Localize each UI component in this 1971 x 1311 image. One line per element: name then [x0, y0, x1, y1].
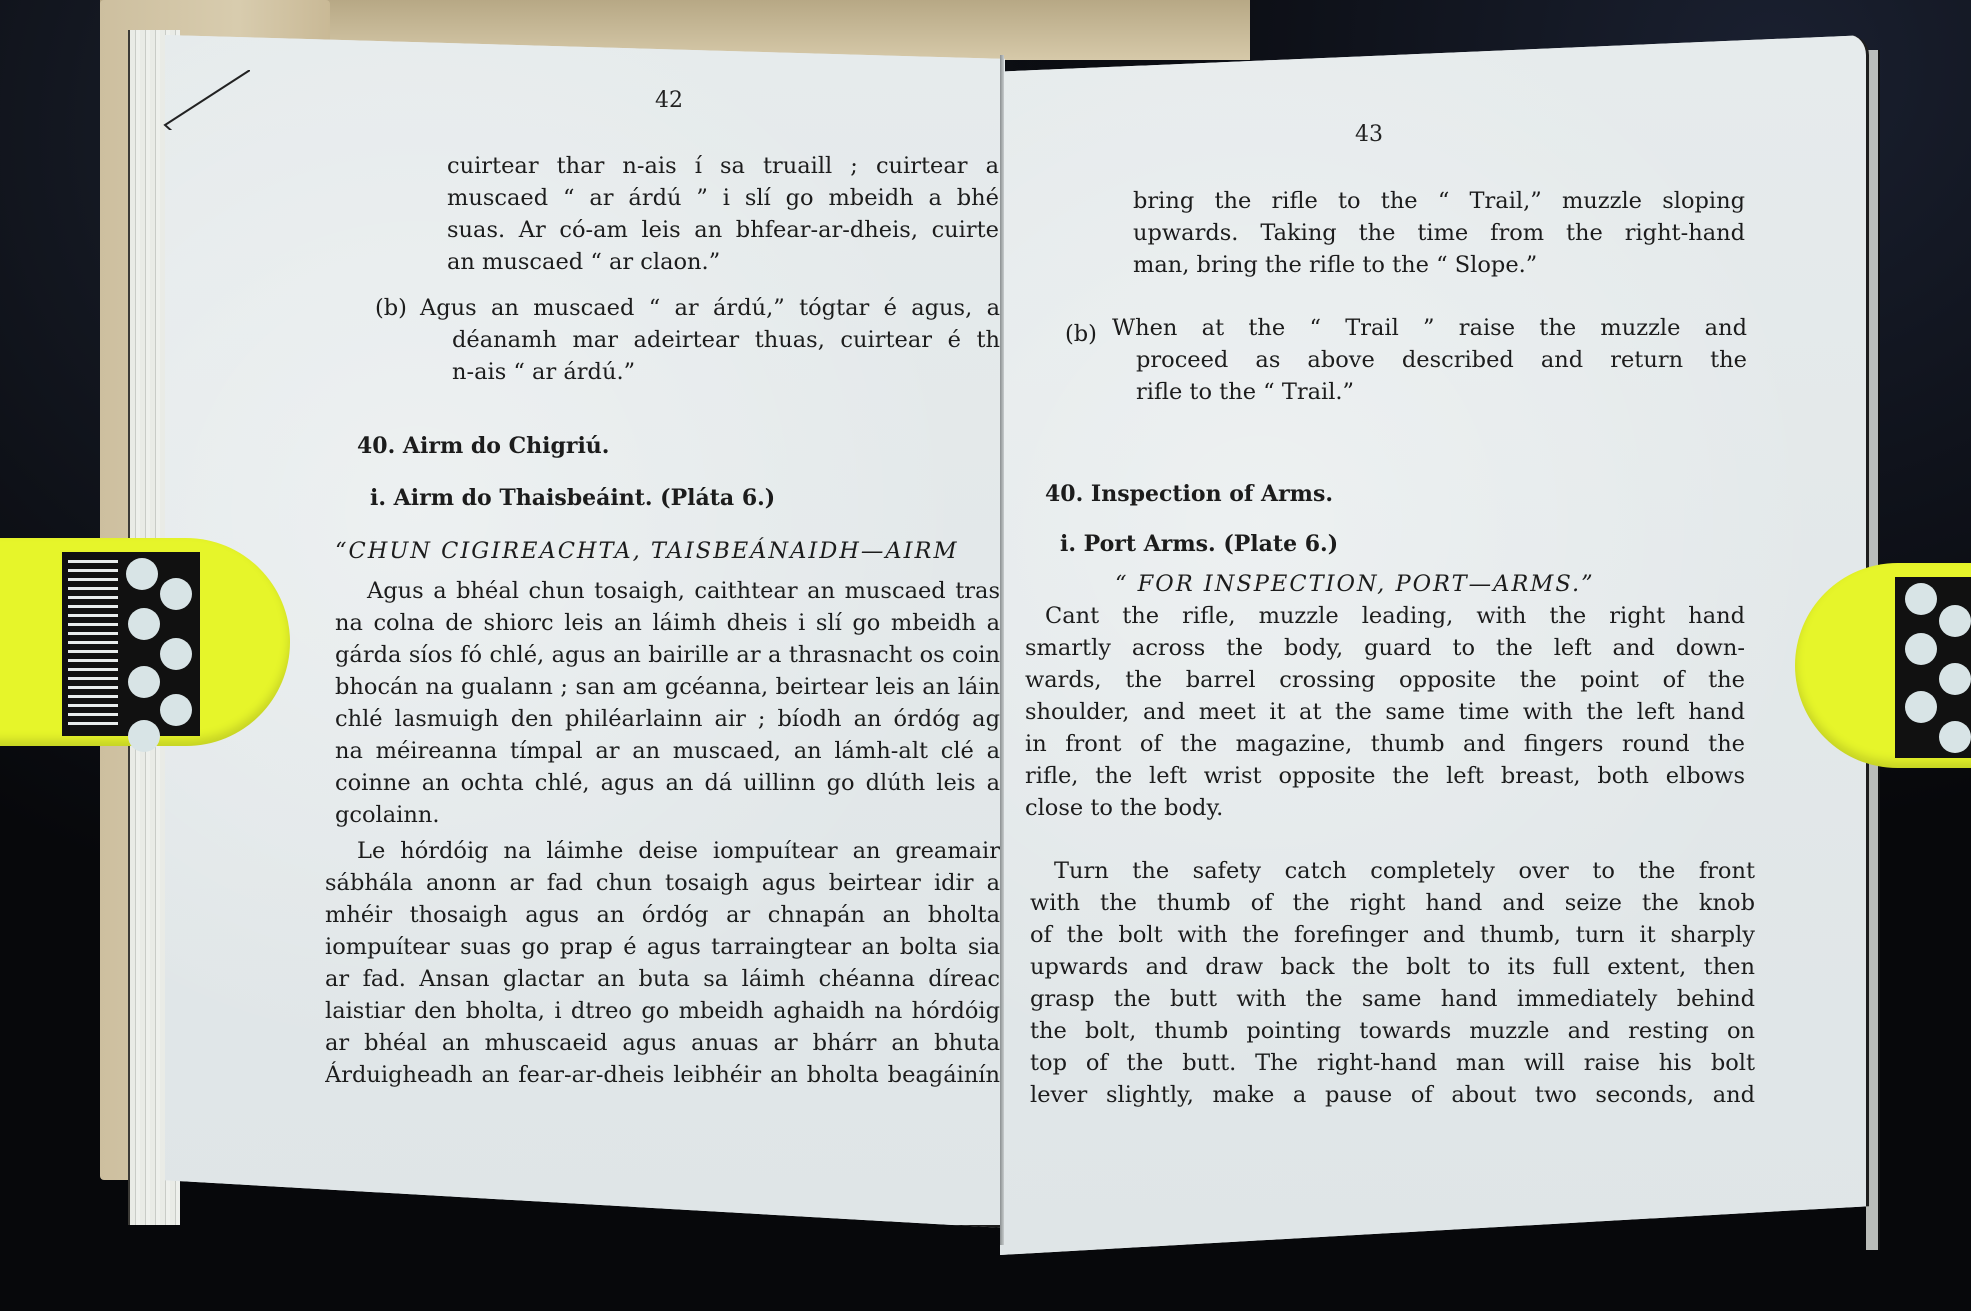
text-line: lever slightly, make a pause of about tw…	[1030, 1079, 1755, 1111]
clip-dot-icon	[126, 558, 158, 590]
left-para-b-label: (b)	[375, 292, 407, 324]
clip-dot-icon	[1905, 583, 1937, 615]
text-line: laistiar den bholta, i dtreo go mbeidh a…	[325, 995, 1000, 1027]
text-line: an muscaed “ ar claon.”	[447, 246, 999, 278]
text-line: ar bhéal an mhuscaeid agus anuas ar bhár…	[325, 1027, 1000, 1059]
right-para-b-label: (b)	[1065, 318, 1097, 350]
text-line: mhéir thosaigh agus an órdóg ar chnapán …	[325, 899, 1000, 931]
text-line: bhocán na gualann ; san am gcéanna, beir…	[335, 671, 1000, 703]
clip-dot-icon	[1939, 663, 1971, 695]
text-line: chlé lasmuigh den philéarlainn air ; bío…	[335, 703, 1000, 735]
text-line: iompuítear suas go prap é agus tarraingt…	[325, 931, 1000, 963]
text-line: déanamh mar adeirtear thuas, cuirtear é …	[420, 324, 1000, 356]
text-line: close to the body.	[1025, 792, 1745, 824]
text-line: gcolainn.	[335, 799, 1000, 831]
clip-dot-icon	[1939, 605, 1971, 637]
text-line: suas. Ar có-am leis an bhfear-ar-dheis, …	[447, 214, 999, 246]
clip-dot-icon	[128, 666, 160, 698]
text-line: shoulder, and meet it at the same time w…	[1025, 696, 1745, 728]
text-line: When at the “ Trail ” raise the muzzle a…	[1112, 312, 1747, 344]
text-line: gárda síos fó chlé, agus an bairille ar …	[335, 639, 1000, 671]
clip-dot-icon	[128, 720, 160, 752]
text-line: smartly across the body, guard to the le…	[1025, 632, 1745, 664]
left-para-2: Le hórdóig na láimhe deise iompuítear an…	[325, 835, 1000, 1091]
text-line: in front of the magazine, thumb and fing…	[1025, 728, 1745, 760]
text-line: rifle to the “ Trail.”	[1112, 376, 1747, 408]
folded-corner-icon	[160, 70, 250, 130]
right-section-heading: 40. Inspection of Arms.	[1045, 478, 1333, 510]
text-line: na colna de shiorc leis an láimh dheis i…	[335, 607, 1000, 639]
text-line: upwards and draw back the bolt to its fu…	[1030, 951, 1755, 983]
left-section-heading: 40. Airm do Chigriú.	[357, 430, 609, 462]
text-line: ar fad. Ansan glactar an buta sa láimh c…	[325, 963, 1000, 995]
right-para-b: When at the “ Trail ” raise the muzzle a…	[1112, 312, 1747, 408]
text-line: wards, the barrel crossing opposite the …	[1025, 664, 1745, 696]
clip-pattern-band	[62, 552, 200, 736]
clip-dot-icon	[160, 638, 192, 670]
right-para-2: Turn the safety catch completely over to…	[1030, 855, 1755, 1111]
right-para-1: Cant the rifle, muzzle leading, with the…	[1025, 600, 1745, 824]
page-number-right: 43	[1355, 122, 1383, 147]
text-line: proceed as above described and return th…	[1112, 344, 1747, 376]
page-number-left: 42	[655, 88, 683, 113]
left-para-b: Agus an muscaed “ ar árdú,” tógtar é agu…	[420, 292, 1000, 388]
text-line: n-ais “ ar árdú.”	[420, 356, 1000, 388]
text-line: Árduigheadh an fear-ar-dheis leibhéir an…	[325, 1059, 1000, 1091]
text-line: of the bolt with the forefinger and thum…	[1030, 919, 1755, 951]
text-line: rifle, the left wrist opposite the left …	[1025, 760, 1745, 792]
text-line: bring the rifle to the “ Trail,” muzzle …	[1133, 185, 1745, 217]
text-line: Cant the rifle, muzzle leading, with the…	[1025, 600, 1745, 632]
right-para-a: bring the rifle to the “ Trail,” muzzle …	[1133, 185, 1745, 281]
text-line: upwards. Taking the time from the right-…	[1133, 217, 1745, 249]
clip-dot-icon	[160, 578, 192, 610]
book-gutter	[1000, 55, 1004, 1245]
clip-dot-icon	[1905, 633, 1937, 665]
clip-dot-icon	[128, 608, 160, 640]
right-subsection-heading: i. Port Arms. (Plate 6.)	[1060, 528, 1338, 560]
text-line: coinne an ochta chlé, agus an dá uillinn…	[335, 767, 1000, 799]
clip-dot-icon	[160, 694, 192, 726]
text-line: Agus a bhéal chun tosaigh, caithtear an …	[335, 575, 1000, 607]
text-line: the bolt, thumb pointing towards muzzle …	[1030, 1015, 1755, 1047]
text-line: cuirtear thar n-ais í sa truaill ; cuirt…	[447, 150, 999, 182]
clip-dot-icon	[1939, 721, 1971, 753]
text-line: grasp the butt with the same hand immedi…	[1030, 983, 1755, 1015]
text-line: Le hórdóig na láimhe deise iompuítear an…	[325, 835, 1000, 867]
left-para-1: Agus a bhéal chun tosaigh, caithtear an …	[335, 575, 1000, 831]
left-command: “CHUN CIGIREACHTA, TAISBEÁNAIDH—AIRM	[335, 535, 1000, 567]
left-subsection-heading: i. Airm do Thaisbeáint. (Pláta 6.)	[370, 482, 775, 514]
text-line: top of the butt. The right-hand man will…	[1030, 1047, 1755, 1079]
clip-dot-icon	[1905, 691, 1937, 723]
text-line: na méireanna tímpal ar an muscaed, an lá…	[335, 735, 1000, 767]
text-line: Agus an muscaed “ ar árdú,” tógtar é agu…	[420, 292, 1000, 324]
clip-pattern-band	[1895, 577, 1971, 758]
text-line: Turn the safety catch completely over to…	[1030, 855, 1755, 887]
text-line: sábhála anonn ar fad chun tosaigh agus b…	[325, 867, 1000, 899]
text-line: man, bring the rifle to the “ Slope.”	[1133, 249, 1745, 281]
page-clip-left[interactable]	[0, 538, 290, 746]
text-line: muscaed “ ar árdú ” i slí go mbeidh a bh…	[447, 182, 999, 214]
text-line: with the thumb of the right hand and sei…	[1030, 887, 1755, 919]
clip-stripes-icon	[68, 560, 118, 730]
left-para-a: cuirtear thar n-ais í sa truaill ; cuirt…	[447, 150, 999, 278]
right-command: “ FOR INSPECTION, PORT—ARMS.”	[1115, 568, 1595, 600]
